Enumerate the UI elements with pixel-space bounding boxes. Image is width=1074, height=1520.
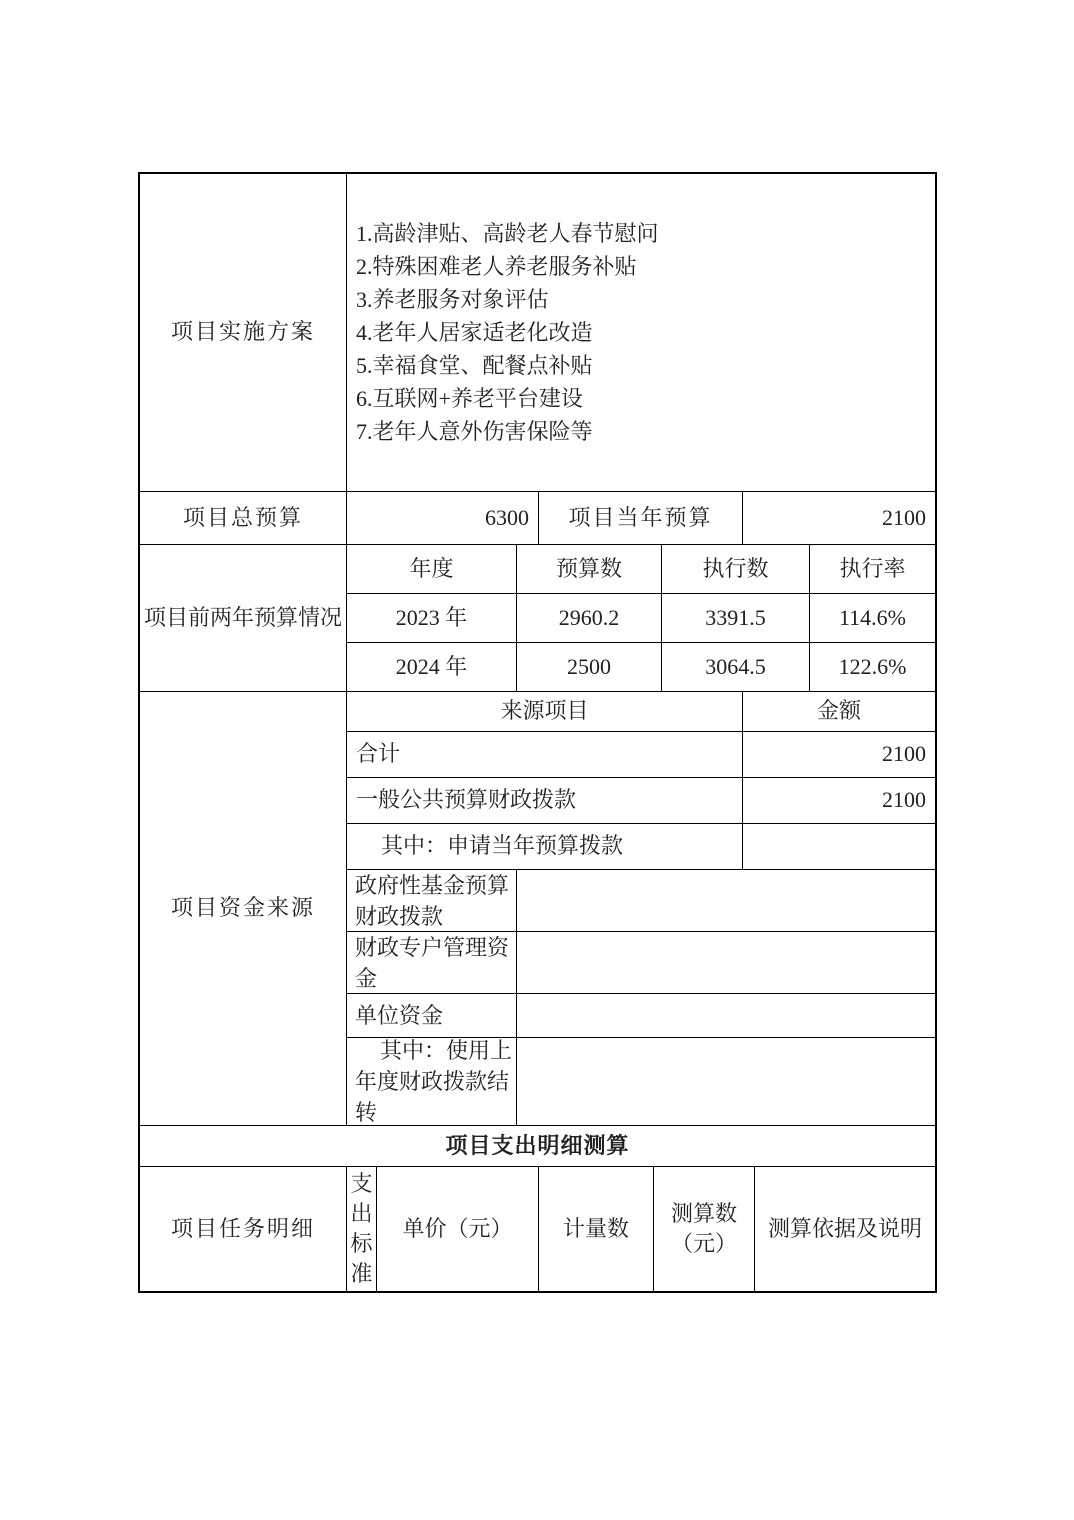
- table-row: 项目总预算 6300 项目当年预算 2100: [140, 492, 935, 545]
- table-row: 来源项目 金额: [347, 692, 935, 732]
- funding-row: 财政专户管理资金: [347, 932, 935, 994]
- funding-row: 一般公共预算财政拨款 2100: [347, 778, 935, 824]
- expenditure-detail-title: 项目支出明细测算: [140, 1126, 935, 1167]
- implementation-item: 5.幸福食堂、配餐点补贴: [356, 349, 659, 382]
- funding-header-source: 来源项目: [347, 692, 743, 732]
- total-budget-label: 项目总预算: [140, 492, 347, 545]
- table-row: 2024 年 2500 3064.5 122.6%: [347, 643, 935, 692]
- implementation-item: 7.老年人意外伤害保险等: [356, 415, 659, 448]
- project-budget-table: 项目实施方案 1.高龄津贴、高龄老人春节慰问 2.特殊困难老人养老服务补贴 3.…: [138, 172, 937, 1293]
- implementation-item: 6.互联网+养老平台建设: [356, 382, 659, 415]
- implementation-items: 1.高龄津贴、高龄老人春节慰问 2.特殊困难老人养老服务补贴 3.养老服务对象评…: [356, 217, 659, 448]
- prev-years-execution-cell: 3064.5: [662, 643, 810, 692]
- prev-years-header-year: 年度: [347, 545, 517, 594]
- previous-years-subtable: 年度 预算数 执行数 执行率 2023 年 2960.2 3391.5 114.…: [347, 545, 935, 692]
- funding-sources-subtable: 来源项目 金额 合计 2100 一般公共预算财政拨款 2100 其中：申请当年预…: [347, 692, 935, 1126]
- funding-row: 合计 2100: [347, 732, 935, 778]
- table-row: 项目支出明细测算: [140, 1126, 935, 1167]
- detail-header-quantity: 计量数: [539, 1167, 654, 1291]
- funding-row-amount: [517, 1038, 935, 1126]
- detail-header-estimate: 测算数（元）: [654, 1167, 755, 1291]
- funding-row-name: 其中：使用上年度财政拨款结转: [347, 1038, 517, 1126]
- funding-row: 其中：使用上年度财政拨款结转: [347, 1038, 935, 1126]
- current-year-budget-value: 2100: [743, 492, 935, 545]
- prev-years-year-cell: 2023 年: [347, 594, 517, 643]
- prev-years-execution-cell: 3391.5: [662, 594, 810, 643]
- funding-row-amount: [517, 994, 935, 1038]
- funding-row-name: 财政专户管理资金: [347, 932, 517, 994]
- prev-years-rate-cell: 114.6%: [810, 594, 935, 643]
- prev-years-budget-cell: 2960.2: [517, 594, 662, 643]
- previous-years-label: 项目前两年预算情况: [140, 545, 347, 692]
- funding-row: 单位资金: [347, 994, 935, 1038]
- funding-row-name: 一般公共预算财政拨款: [347, 778, 743, 824]
- table-row: 项目任务明细 支出标准 单价（元） 计量数 测算数（元） 测算依据及说明: [140, 1167, 935, 1291]
- prev-years-header-budget: 预算数: [517, 545, 662, 594]
- funding-row-amount: 2100: [743, 778, 935, 824]
- funding-row-name: 合计: [347, 732, 743, 778]
- prev-years-budget-cell: 2500: [517, 643, 662, 692]
- funding-row: 政府性基金预算财政拨款: [347, 870, 935, 932]
- funding-row-amount: [517, 870, 935, 932]
- detail-header-unit-price: 单价（元）: [377, 1167, 539, 1291]
- implementation-item: 2.特殊困难老人养老服务补贴: [356, 250, 659, 283]
- total-budget-value: 6300: [347, 492, 539, 545]
- implementation-item: 4.老年人居家适老化改造: [356, 316, 659, 349]
- prev-years-header-execution: 执行数: [662, 545, 810, 594]
- table-row: 年度 预算数 执行数 执行率: [347, 545, 935, 594]
- funding-sources-label: 项目资金来源: [140, 692, 347, 1126]
- funding-row-amount: [743, 824, 935, 870]
- funding-row-name: 政府性基金预算财政拨款: [347, 870, 517, 932]
- prev-years-header-execution-rate: 执行率: [810, 545, 935, 594]
- funding-row-amount: 2100: [743, 732, 935, 778]
- funding-row: 其中：申请当年预算拨款: [347, 824, 935, 870]
- table-row: 项目实施方案 1.高龄津贴、高龄老人春节慰问 2.特殊困难老人养老服务补贴 3.…: [140, 174, 935, 492]
- previous-years-section: 项目前两年预算情况 年度 预算数 执行数 执行率 2023 年 2960.2 3…: [140, 545, 935, 692]
- funding-row-amount: [517, 932, 935, 994]
- implementation-plan-list: 1.高龄津贴、高龄老人春节慰问 2.特殊困难老人养老服务补贴 3.养老服务对象评…: [347, 174, 935, 492]
- funding-header-amount: 金额: [743, 692, 935, 732]
- detail-header-basis: 测算依据及说明: [755, 1167, 935, 1291]
- table-row: 2023 年 2960.2 3391.5 114.6%: [347, 594, 935, 643]
- funding-row-name: 其中：申请当年预算拨款: [347, 824, 743, 870]
- prev-years-rate-cell: 122.6%: [810, 643, 935, 692]
- implementation-item: 1.高龄津贴、高龄老人春节慰问: [356, 217, 659, 250]
- detail-header-task: 项目任务明细: [140, 1167, 347, 1291]
- implementation-item: 3.养老服务对象评估: [356, 283, 659, 316]
- funding-row-name: 单位资金: [347, 994, 517, 1038]
- detail-header-standard: 支出标准: [347, 1167, 377, 1291]
- implementation-plan-label: 项目实施方案: [140, 174, 347, 492]
- prev-years-year-cell: 2024 年: [347, 643, 517, 692]
- current-year-budget-label: 项目当年预算: [539, 492, 743, 545]
- funding-sources-section: 项目资金来源 来源项目 金额 合计 2100 一般公共预算财政拨款 2100 其…: [140, 692, 935, 1126]
